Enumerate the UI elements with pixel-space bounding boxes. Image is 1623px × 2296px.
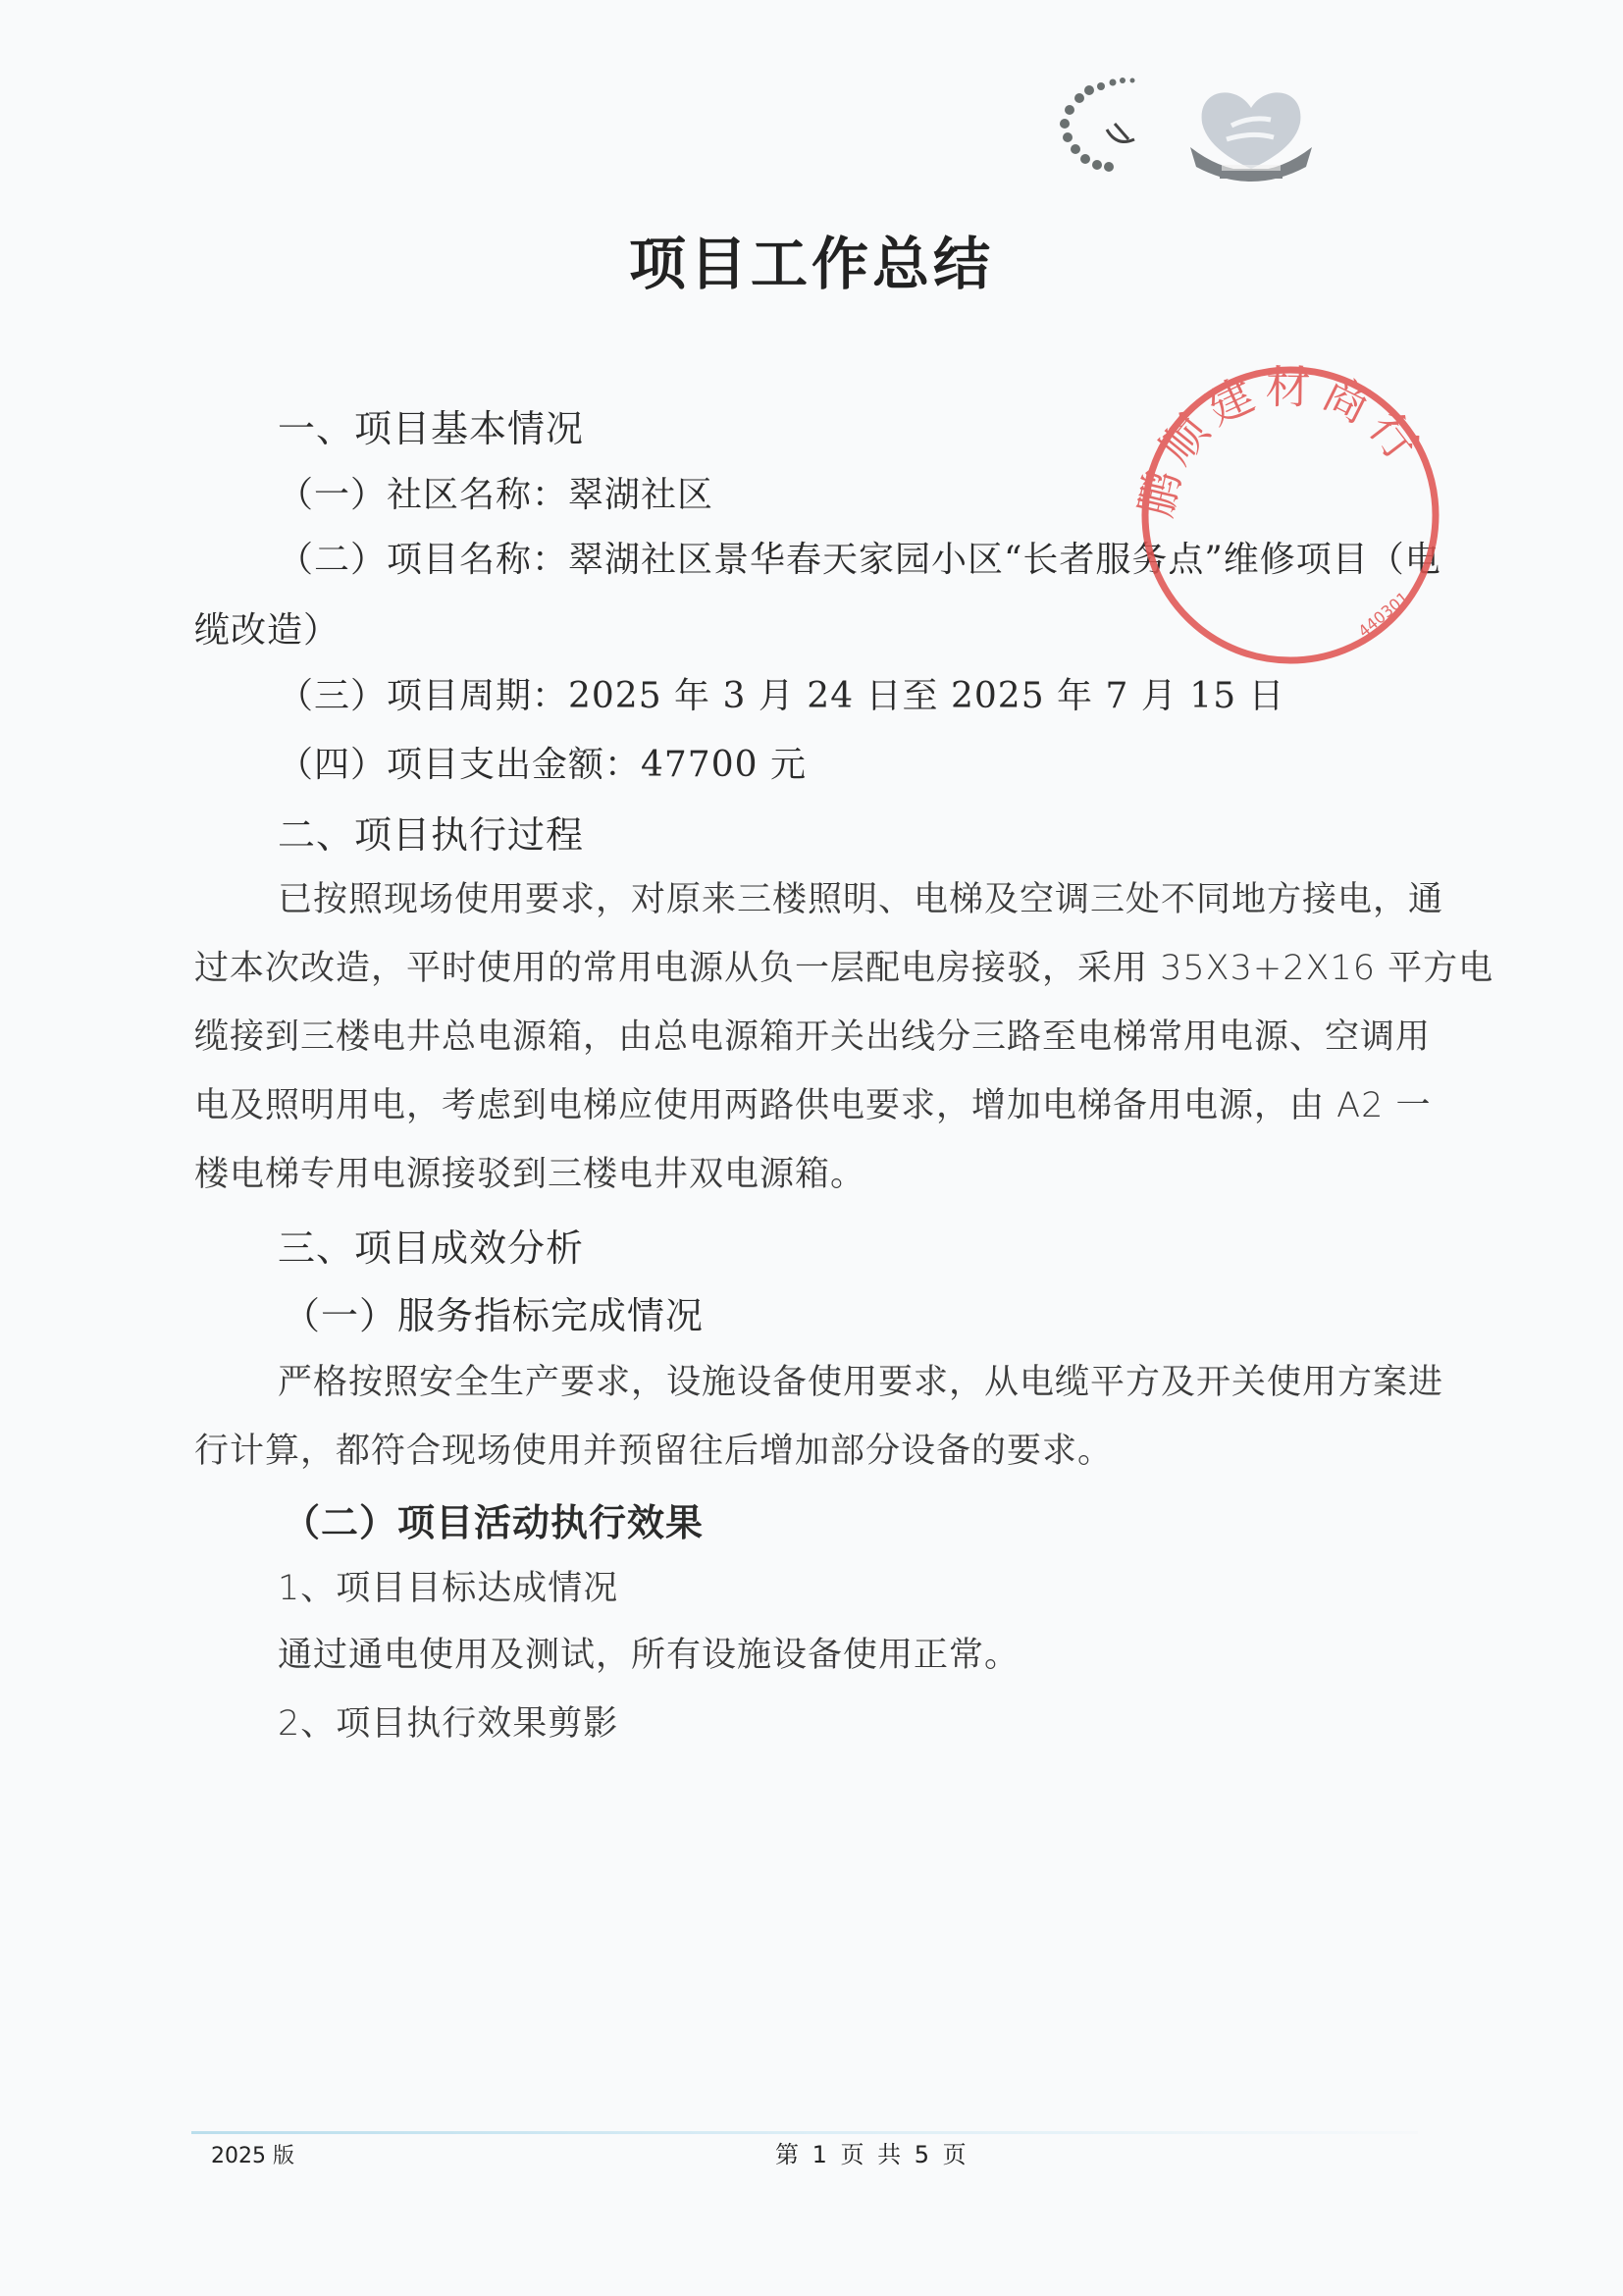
company-seal-stamp-icon: 鹏顺建材商行 440301 [1133, 358, 1447, 672]
subheading-activity-results: （二）项目活动执行效果 [283, 1504, 704, 1541]
execution-text-line: 楼电梯专用电源接驳到三楼电井双电源箱。 [194, 1158, 865, 1192]
party-emblem-logo-icon [1050, 69, 1173, 177]
subheading-service-indicators: （一）服务指标完成情况 [283, 1297, 704, 1334]
service-indicators-text-line: 行计算，都符合现场使用并预留往后增加部分设备的要求。 [194, 1435, 1113, 1469]
execution-text-line: 过本次改造，平时使用的常用电源从负一层配电房接驳，采用 35X3+2X16 平方… [194, 952, 1493, 986]
project-name-line-2: 缆改造） [194, 613, 340, 649]
svg-text:440301: 440301 [1354, 588, 1412, 641]
execution-text-line: 电及照明用电，考虑到电梯应使用两路供电要求，增加电梯备用电源，由 A2 一 [194, 1089, 1431, 1123]
section-heading-effectiveness: 三、项目成效分析 [278, 1229, 584, 1267]
goal-achievement-text: 通过通电使用及测试，所有设施设备使用正常。 [278, 1639, 1020, 1673]
footer-page-number: 第 1 页 共 5 页 [775, 2135, 969, 2169]
project-period-line: （三）项目周期：2025 年 3 月 24 日至 2025 年 7 月 15 日 [278, 679, 1285, 714]
project-amount-line: （四）项目支出金额：47700 元 [278, 748, 807, 783]
item-heading-result-photos: 2、项目执行效果剪影 [278, 1707, 618, 1742]
community-name-line: （一）社区名称：翠湖社区 [278, 478, 713, 513]
section-heading-basic-info: 一、项目基本情况 [278, 410, 584, 447]
footer-divider [191, 2131, 1418, 2134]
document-title: 项目工作总结 [0, 218, 1623, 300]
community-heart-logo-icon [1182, 78, 1320, 191]
item-heading-goal-achievement: 1、项目目标达成情况 [278, 1572, 618, 1606]
svg-text:鹏顺建材商行: 鹏顺建材商行 [1133, 360, 1434, 521]
execution-text-line: 已按照现场使用要求，对原来三楼照明、电梯及空调三处不同地方接电，通 [278, 883, 1443, 917]
execution-text-line: 缆接到三楼电井总电源箱，由总电源箱开关出线分三路至电梯常用电源、空调用 [194, 1020, 1431, 1055]
document-page: 项目工作总结 一、项目基本情况 （一）社区名称：翠湖社区 （二）项目名称：翠湖社… [0, 0, 1623, 2296]
section-heading-execution: 二、项目执行过程 [278, 816, 584, 854]
footer-version: 2025 版 [211, 2139, 294, 2169]
service-indicators-text-line: 严格按照安全生产要求，设施设备使用要求，从电缆平方及开关使用方案进 [278, 1366, 1443, 1400]
